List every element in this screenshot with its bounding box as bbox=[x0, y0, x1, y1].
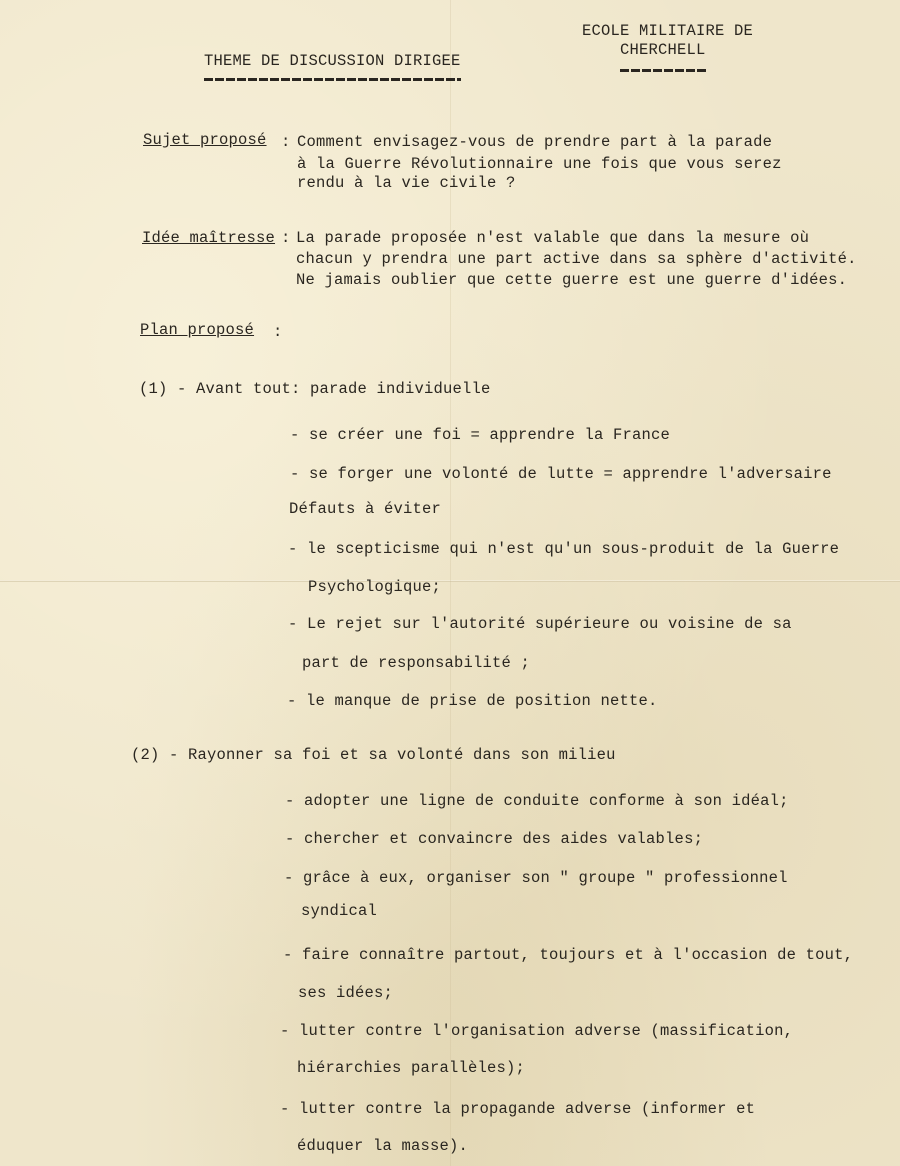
section2-item-2: - chercher et convaincre des aides valab… bbox=[285, 830, 703, 848]
title-text: THEME DE DISCUSSION DIRIGEE bbox=[204, 52, 461, 70]
idee-line-1: La parade proposée n'est valable que dan… bbox=[296, 229, 809, 247]
section2-item-3: - grâce à eux, organiser son " groupe " … bbox=[284, 869, 788, 887]
section2-item-4-cont: ses idées; bbox=[298, 984, 393, 1002]
section1-item-1: - se créer une foi = apprendre la France bbox=[290, 426, 670, 444]
school-underline bbox=[620, 69, 706, 72]
section1-item-2: - se forger une volonté de lutte = appre… bbox=[290, 465, 832, 483]
section2-heading: (2) - Rayonner sa foi et sa volonté dans… bbox=[131, 746, 616, 764]
defaut-2: - Le rejet sur l'autorité supérieure ou … bbox=[288, 615, 792, 633]
document-title: THEME DE DISCUSSION DIRIGEE bbox=[204, 52, 461, 81]
sujet-line-1: Comment envisagez-vous de prendre part à… bbox=[297, 133, 772, 151]
idee-colon: : bbox=[281, 229, 291, 247]
idee-line-3: Ne jamais oublier que cette guerre est u… bbox=[296, 271, 847, 289]
title-underline bbox=[204, 78, 461, 81]
section2-item-6-cont: éduquer la masse). bbox=[297, 1137, 468, 1155]
idee-line-2: chacun y prendra une part active dans sa… bbox=[296, 250, 857, 268]
defauts-label: Défauts à éviter bbox=[289, 500, 441, 518]
defaut-2-cont: part de responsabilité ; bbox=[302, 654, 530, 672]
section2-item-5-cont: hiérarchies parallèles); bbox=[297, 1059, 525, 1077]
sujet-label: Sujet proposé bbox=[143, 131, 267, 149]
sujet-colon: : bbox=[281, 133, 291, 151]
idee-label: Idée maîtresse bbox=[142, 229, 275, 247]
plan-label: Plan proposé bbox=[140, 321, 254, 339]
section2-item-6: - lutter contre la propagande adverse (i… bbox=[280, 1100, 755, 1118]
plan-colon: : bbox=[273, 323, 283, 341]
section2-item-3-cont: syndical bbox=[301, 902, 377, 920]
section2-item-1: - adopter une ligne de conduite conforme… bbox=[285, 792, 789, 810]
sujet-line-2: à la Guerre Révolutionnaire une fois que… bbox=[297, 155, 782, 173]
school-name-line2: CHERCHELL bbox=[620, 41, 706, 72]
section2-item-4: - faire connaître partout, toujours et à… bbox=[283, 946, 853, 964]
school-name-text: CHERCHELL bbox=[620, 41, 706, 59]
defaut-1-cont: Psychologique; bbox=[308, 578, 441, 596]
section1-heading: (1) - Avant tout: parade individuelle bbox=[139, 380, 491, 398]
sujet-line-3: rendu à la vie civile ? bbox=[297, 174, 516, 192]
school-name-line1: ECOLE MILITAIRE DE bbox=[582, 22, 753, 40]
section2-item-5: - lutter contre l'organisation adverse (… bbox=[280, 1022, 793, 1040]
defaut-1: - le scepticisme qui n'est qu'un sous-pr… bbox=[288, 540, 839, 558]
defaut-3: - le manque de prise de position nette. bbox=[287, 692, 658, 710]
